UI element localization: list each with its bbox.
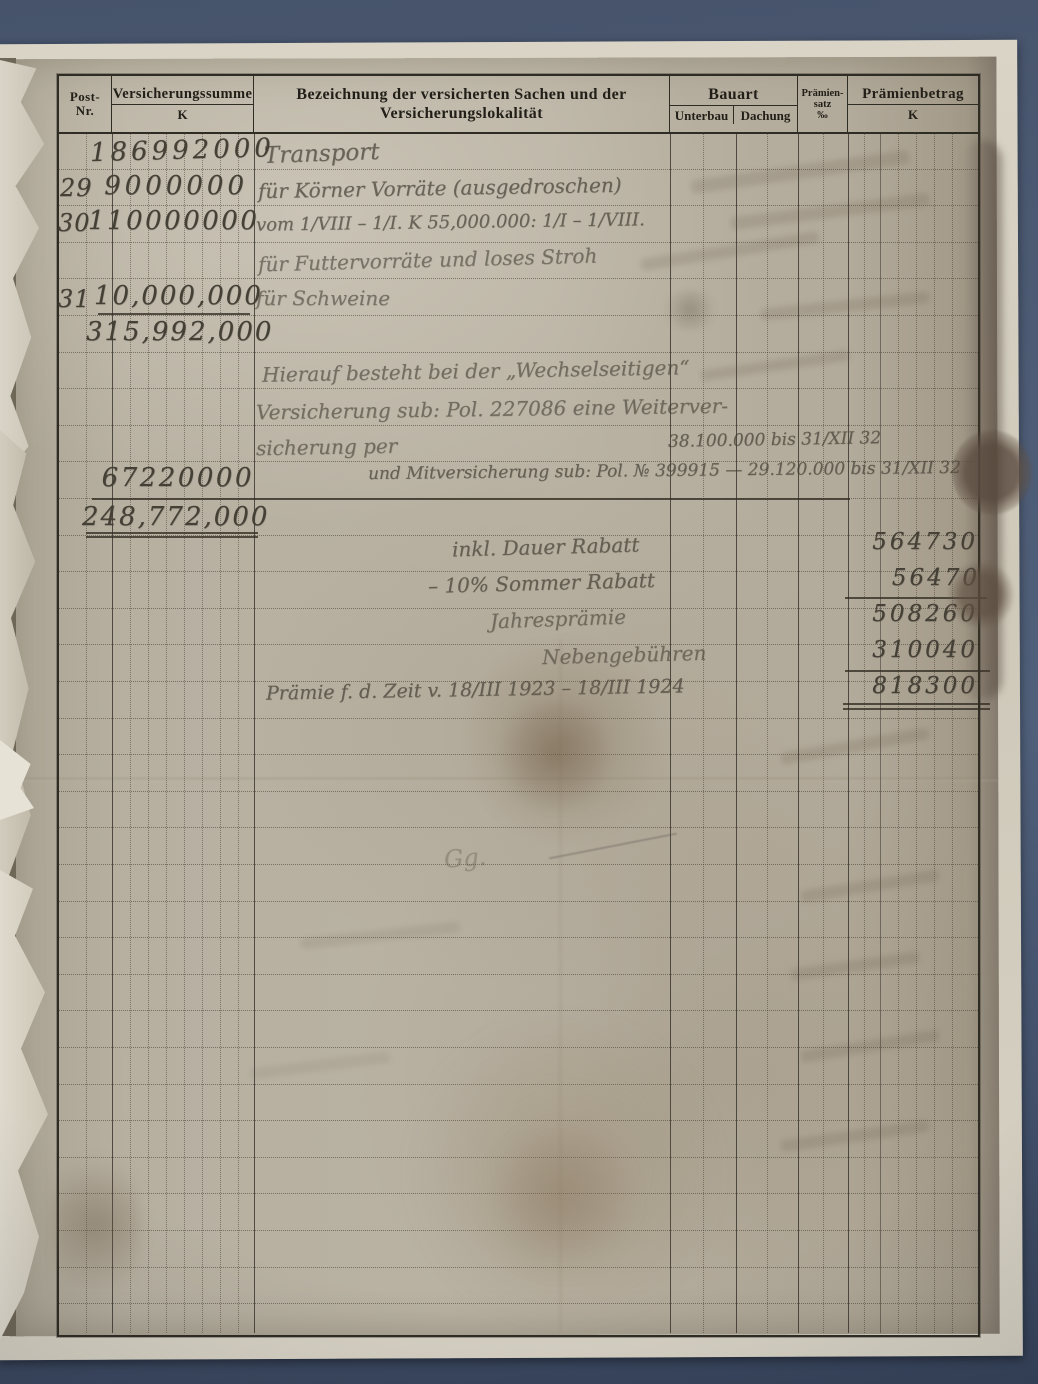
header-cell-post-nr: Post- Nr. xyxy=(59,76,112,132)
subtraction-rule xyxy=(845,670,990,672)
header-cell-bauart: Bauart Unterbau Dachung xyxy=(670,76,798,132)
row-line xyxy=(59,718,978,719)
bezeichnung-label-1: Bezeichnung der versicherten Sachen und … xyxy=(254,85,669,105)
post-nr-label-1: Post- xyxy=(59,90,111,104)
betrag-unit-label: K xyxy=(848,104,978,123)
digit-guide xyxy=(823,132,824,1333)
premium-label: Nebengebühren xyxy=(542,641,707,669)
praemiensatz-label-2: satz xyxy=(798,99,847,110)
unterbau-label: Unterbau xyxy=(670,106,734,124)
row-line xyxy=(59,937,978,938)
entry-summe-total: 315,992,000 xyxy=(86,317,254,347)
entry-summe: 9000000 xyxy=(90,171,248,201)
bauart-label: Bauart xyxy=(670,85,797,105)
bezeichnung-label-2: Versicherungslokalität xyxy=(254,105,669,124)
praemienbetrag-label: Prämienbetrag xyxy=(848,85,978,104)
column-line xyxy=(254,132,255,1333)
entry-post-nr: 30 xyxy=(58,209,90,237)
entry-text: Transport xyxy=(264,139,380,169)
note-total-summe: 248,772,000 xyxy=(82,502,256,532)
premium-amount: 310040 xyxy=(860,637,978,663)
entry-summe: 110000000 xyxy=(88,206,250,236)
subtraction-rule xyxy=(845,597,987,599)
double-underline xyxy=(843,703,990,705)
row-line xyxy=(59,864,978,865)
photo-scene: Post- Nr. Versicherungssumme K Bezeichnu… xyxy=(0,0,1038,1384)
row-line xyxy=(59,278,978,279)
entry-post-nr: 31 xyxy=(58,285,90,313)
row-line xyxy=(59,644,978,645)
digit-guide xyxy=(916,132,917,1333)
dachung-label: Dachung xyxy=(734,106,797,124)
row-line xyxy=(59,1120,978,1121)
row-line xyxy=(59,1047,978,1048)
digit-guide xyxy=(703,132,704,1333)
row-line xyxy=(59,1303,978,1304)
premium-amount: 56470 xyxy=(880,565,980,591)
row-line xyxy=(59,425,978,426)
premium-label: Jahresprämie xyxy=(490,605,627,634)
entry-summe: 10,000,000 xyxy=(94,281,250,311)
note-summe: 67220000 xyxy=(86,463,254,493)
row-line xyxy=(59,169,978,170)
row-line xyxy=(59,315,978,316)
table-header: Post- Nr. Versicherungssumme K Bezeichnu… xyxy=(59,76,978,134)
addition-rule xyxy=(98,313,250,315)
row-line xyxy=(59,388,978,389)
premium-amount: 818300 xyxy=(860,673,978,699)
entry-text: für Schweine xyxy=(256,286,390,310)
praemiensatz-label-1: Prämien- xyxy=(798,88,847,99)
entry-summe: 186992000 xyxy=(90,134,249,168)
column-line xyxy=(736,132,737,1333)
pencil-signature: Gg. xyxy=(443,843,487,874)
post-nr-label-2: Nr. xyxy=(59,104,111,118)
row-line xyxy=(59,352,978,353)
header-cell-versicherungssumme: Versicherungssumme K xyxy=(112,76,254,132)
row-line xyxy=(59,1157,978,1158)
digit-guide xyxy=(767,132,768,1333)
entry-post-nr: 29 xyxy=(60,174,92,202)
column-line xyxy=(798,132,799,1333)
row-line xyxy=(59,242,978,243)
row-line xyxy=(59,1230,978,1231)
digit-guide xyxy=(864,132,865,1333)
digit-guide xyxy=(952,132,953,1333)
double-underline xyxy=(86,532,258,534)
row-line xyxy=(59,1084,978,1085)
row-line xyxy=(59,1193,978,1194)
double-underline xyxy=(86,536,258,538)
header-cell-praemiensatz: Prämien- satz ‰ xyxy=(798,76,848,132)
versicherungssumme-label: Versicherungssumme xyxy=(112,85,253,104)
praemiensatz-label-3: ‰ xyxy=(798,110,847,121)
digit-guide xyxy=(934,132,935,1333)
note-amount: 38.100.000 bis 31/XII 32 xyxy=(668,428,881,452)
digit-guide xyxy=(898,132,899,1333)
header-cell-praemienbetrag: Prämienbetrag K xyxy=(848,76,978,132)
row-line xyxy=(59,974,978,975)
sum-unit-label: K xyxy=(112,104,253,123)
premium-amount: 508260 xyxy=(860,601,978,627)
note-underline xyxy=(92,498,850,500)
row-line xyxy=(59,901,978,902)
premium-label: inkl. Dauer Rabatt xyxy=(452,533,640,562)
premium-amount: 564730 xyxy=(866,529,978,555)
column-line xyxy=(880,132,881,1333)
note-line: sicherung per xyxy=(256,434,398,460)
row-line xyxy=(59,1267,978,1268)
row-line xyxy=(59,1010,978,1011)
header-cell-bezeichnung: Bezeichnung der versicherten Sachen und … xyxy=(254,76,670,132)
column-line xyxy=(848,132,849,1333)
row-line xyxy=(59,754,978,755)
column-line xyxy=(670,132,671,1333)
row-line xyxy=(59,791,978,792)
double-underline xyxy=(843,708,990,710)
row-line xyxy=(59,827,978,828)
